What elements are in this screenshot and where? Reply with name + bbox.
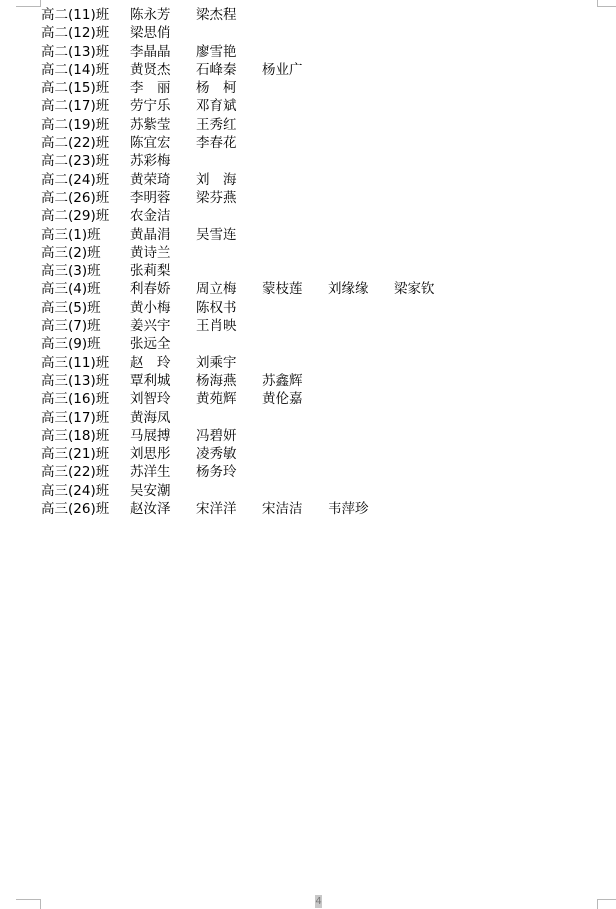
student-name: 李 丽 [130, 79, 171, 97]
page-corner-top-left-mark [16, 0, 41, 7]
class-label: 高三(7)班 [41, 317, 101, 335]
class-label: 高三(1)班 [41, 226, 101, 244]
student-name: 黄贤杰 [130, 61, 171, 79]
student-name: 张远全 [130, 335, 171, 353]
class-label: 高二(14)班 [41, 61, 109, 79]
student-name: 黄伦嘉 [262, 390, 303, 408]
student-name: 刘缘缘 [328, 280, 369, 298]
page-corner-top-right-mark [597, 0, 616, 7]
class-label: 高二(22)班 [41, 134, 109, 152]
student-name: 石峰秦 [196, 61, 237, 79]
student-name: 陈永芳 [130, 6, 171, 24]
student-name: 苏鑫辉 [262, 372, 303, 390]
class-label: 高二(13)班 [41, 43, 109, 61]
class-label: 高三(18)班 [41, 427, 109, 445]
student-name: 农金洁 [130, 207, 171, 225]
student-name: 劳宁乐 [130, 97, 171, 115]
student-name: 冯碧妍 [196, 427, 237, 445]
student-name: 邓育斌 [196, 97, 237, 115]
student-name: 李春花 [196, 134, 237, 152]
class-label: 高二(17)班 [41, 97, 109, 115]
class-label: 高三(24)班 [41, 482, 109, 500]
student-name: 覃利城 [130, 372, 171, 390]
student-name: 黄苑辉 [196, 390, 237, 408]
student-name: 杨 柯 [196, 79, 237, 97]
class-label: 高二(29)班 [41, 207, 109, 225]
student-name: 黄诗兰 [130, 244, 171, 262]
class-label: 高三(17)班 [41, 409, 109, 427]
student-name: 梁家钦 [394, 280, 435, 298]
class-label: 高二(12)班 [41, 24, 109, 42]
student-name: 王肖映 [196, 317, 237, 335]
student-name: 周立梅 [196, 280, 237, 298]
class-label: 高三(3)班 [41, 262, 101, 280]
student-name: 陈权书 [196, 299, 237, 317]
student-name: 黄晶涓 [130, 226, 171, 244]
student-name: 黄小梅 [130, 299, 171, 317]
class-label: 高三(21)班 [41, 445, 109, 463]
student-name: 刘乘宇 [196, 354, 237, 372]
page-number: 4 [315, 895, 322, 908]
class-label: 高二(15)班 [41, 79, 109, 97]
class-label: 高二(11)班 [41, 6, 109, 24]
student-name: 廖雪艳 [196, 43, 237, 61]
student-name: 刘 海 [196, 171, 237, 189]
class-label: 高二(24)班 [41, 171, 109, 189]
student-name: 张莉梨 [130, 262, 171, 280]
class-label: 高二(23)班 [41, 152, 109, 170]
class-label: 高三(16)班 [41, 390, 109, 408]
student-name: 宋洁洁 [262, 500, 303, 518]
class-label: 高三(9)班 [41, 335, 101, 353]
student-name: 吴安潮 [130, 482, 171, 500]
student-name: 赵汝泽 [130, 500, 171, 518]
student-name: 凌秀敏 [196, 445, 237, 463]
student-name: 梁杰程 [196, 6, 237, 24]
student-name: 赵 玲 [130, 354, 171, 372]
student-name: 李明蓉 [130, 189, 171, 207]
class-label: 高二(19)班 [41, 116, 109, 134]
student-name: 韦萍珍 [328, 500, 369, 518]
class-label: 高三(26)班 [41, 500, 109, 518]
class-label: 高三(22)班 [41, 463, 109, 481]
class-label: 高二(26)班 [41, 189, 109, 207]
student-name: 苏洋生 [130, 463, 171, 481]
student-name: 吴雪连 [196, 226, 237, 244]
student-name: 苏紫莹 [130, 116, 171, 134]
class-label: 高三(4)班 [41, 280, 101, 298]
page-corner-bottom-right-mark [597, 899, 616, 909]
student-name: 姜兴宇 [130, 317, 171, 335]
student-name: 刘智玲 [130, 390, 171, 408]
class-label: 高三(11)班 [41, 354, 109, 372]
student-name: 杨业广 [262, 61, 303, 79]
student-name: 杨务玲 [196, 463, 237, 481]
student-name: 蒙枝莲 [262, 280, 303, 298]
student-name: 苏彩梅 [130, 152, 171, 170]
student-name: 王秀红 [196, 116, 237, 134]
student-name: 刘思彤 [130, 445, 171, 463]
student-name: 黄荣琦 [130, 171, 171, 189]
student-name: 黄海凤 [130, 409, 171, 427]
student-name: 宋洋洋 [196, 500, 237, 518]
student-name: 梁思俏 [130, 24, 171, 42]
page-corner-bottom-left-mark [16, 899, 41, 909]
student-name: 马展搏 [130, 427, 171, 445]
student-name: 利春娇 [130, 280, 171, 298]
student-name: 李晶晶 [130, 43, 171, 61]
class-label: 高三(2)班 [41, 244, 101, 262]
class-label: 高三(13)班 [41, 372, 109, 390]
student-name: 杨海燕 [196, 372, 237, 390]
student-name: 陈宜宏 [130, 134, 171, 152]
student-name: 梁芬燕 [196, 189, 237, 207]
class-label: 高三(5)班 [41, 299, 101, 317]
